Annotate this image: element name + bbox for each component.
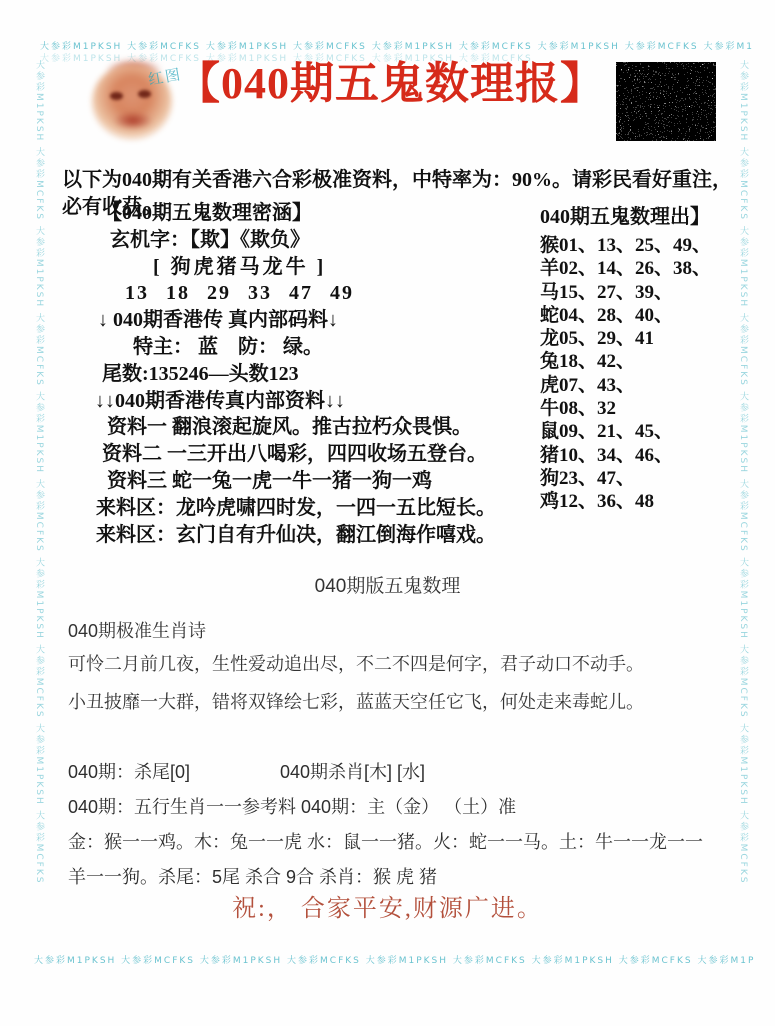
five-elements-detail-1: 金：猴一一鸡。木：兔一一虎 水：鼠一一猪。火：蛇一一马。土：牛一一龙一一 <box>68 828 703 854</box>
zodiac-row-rat: 鼠09、21、45、 <box>540 420 746 443</box>
incoming-line-2: 来料区：玄门自有升仙决，翻江倒海作嘻戏。 <box>66 522 538 549</box>
zodiac-bracket-line: [ 狗虎猪马龙牛 ] <box>66 254 538 281</box>
zodiac-row-goat: 羊02、14、26、38、 <box>540 257 746 280</box>
data-line-1: 资料一 翻浪滚起旋风。推古拉朽众畏惧。 <box>66 414 538 441</box>
watermark-strip-left: 大参彩M1PKSH 大参彩MCFKS 大参彩M1PKSH 大参彩MCFKS 大参… <box>33 60 46 945</box>
zodiac-row-ox: 牛08、32 <box>540 397 746 420</box>
zodiac-row-monkey: 猴01、13、25、49、 <box>540 234 746 257</box>
zodiac-row-rooster: 鸡12、36、48 <box>540 490 746 513</box>
inner-code-header: ↓ 040期香港传 真内部码料↓ <box>66 307 538 334</box>
poem-title: 040期极准生肖诗 <box>68 617 206 643</box>
five-elements-detail-2: 羊一一狗。杀尾：5尾 杀合 9合 杀肖：猴 虎 猪 <box>68 863 437 889</box>
noise-block <box>616 62 716 141</box>
mascot-eye-left <box>110 92 123 100</box>
zodiac-row-pig: 猪10、34、46、 <box>540 444 746 467</box>
zodiac-row-snake: 蛇04、28、40、 <box>540 304 746 327</box>
five-elements-header: 040期：五行生肖一一参考料 040期：主（金） （土）准 <box>68 793 516 819</box>
watermark-strip-bottom: 大参彩M1PKSH 大参彩MCFKS 大参彩M1PKSH 大参彩MCFKS 大参… <box>34 953 755 966</box>
watermark-strip-top: 大参彩M1PKSH 大参彩MCFKS 大参彩M1PKSH 大参彩MCFKS 大参… <box>40 39 753 52</box>
page-title: 【040期五鬼数理报】 <box>176 58 605 111</box>
data-line-2: 资料二 一三开出八喝彩，四四收场五登台。 <box>66 441 538 468</box>
mascot-mouth <box>114 112 152 129</box>
kill-tail-value: 040期：杀尾[0] <box>68 758 275 784</box>
zodiac-row-dog: 狗23、47、 <box>540 467 746 490</box>
secret-section-title: 【040期五鬼数理密涵】 <box>66 200 538 227</box>
incoming-line-1: 来料区：龙吟虎啸四时发，一四一五比短长。 <box>66 495 538 522</box>
tail-head-line: 尾数:135246—头数123 <box>66 361 538 388</box>
zodiac-output-title: 040期五鬼数理出】 <box>540 200 746 229</box>
mascot-eye-right <box>138 90 151 98</box>
zodiac-row-tiger: 虎07、43、 <box>540 374 746 397</box>
blessing-text: 祝:， 合家平安,财源广进。 <box>0 888 775 923</box>
mystery-word-line: 玄机字：【欺】《欺负》 <box>66 227 538 254</box>
color-line: 特主： 蓝 防： 绿。 <box>66 334 538 361</box>
version-title: 040期版五鬼数理 <box>0 571 775 598</box>
secret-section: 【040期五鬼数理密涵】 玄机字：【欺】《欺负》 [ 狗虎猪马龙牛 ] 13 1… <box>66 200 538 548</box>
data-line-3: 资料三 蛇一兔一虎一牛一猪一狗一鸡 <box>66 468 538 495</box>
numbers-line: 13 18 29 33 47 49 <box>66 280 538 307</box>
zodiac-output-section: 040期五鬼数理出】 猴01、13、25、49、 羊02、14、26、38、 马… <box>540 200 746 514</box>
zodiac-row-dragon: 龙05、29、41 <box>540 327 746 350</box>
poem-line-2: 小丑披靡一大群，错将双锋绘七彩，蓝蓝天空任它飞，何处走来毒蛇儿。 <box>68 688 733 714</box>
lottery-tip-sheet: 大参彩M1PKSH 大参彩MCFKS 大参彩M1PKSH 大参彩MCFKS 大参… <box>0 0 775 1026</box>
kill-xiao-value: 040期杀肖[木] [水] <box>280 762 425 782</box>
kill-tail-line: 040期：杀尾[0] 040期杀肖[木] [水] <box>68 758 425 784</box>
inner-data-header: ↓↓040期香港传真内部资料↓↓ <box>66 388 538 415</box>
poem-line-1: 可怜二月前几夜，生性爱动追出尽，不二不四是何字，君子动口不动手。 <box>68 650 733 676</box>
zodiac-row-rabbit: 兔18、42、 <box>540 350 746 373</box>
zodiac-row-horse: 马15、27、39、 <box>540 281 746 304</box>
